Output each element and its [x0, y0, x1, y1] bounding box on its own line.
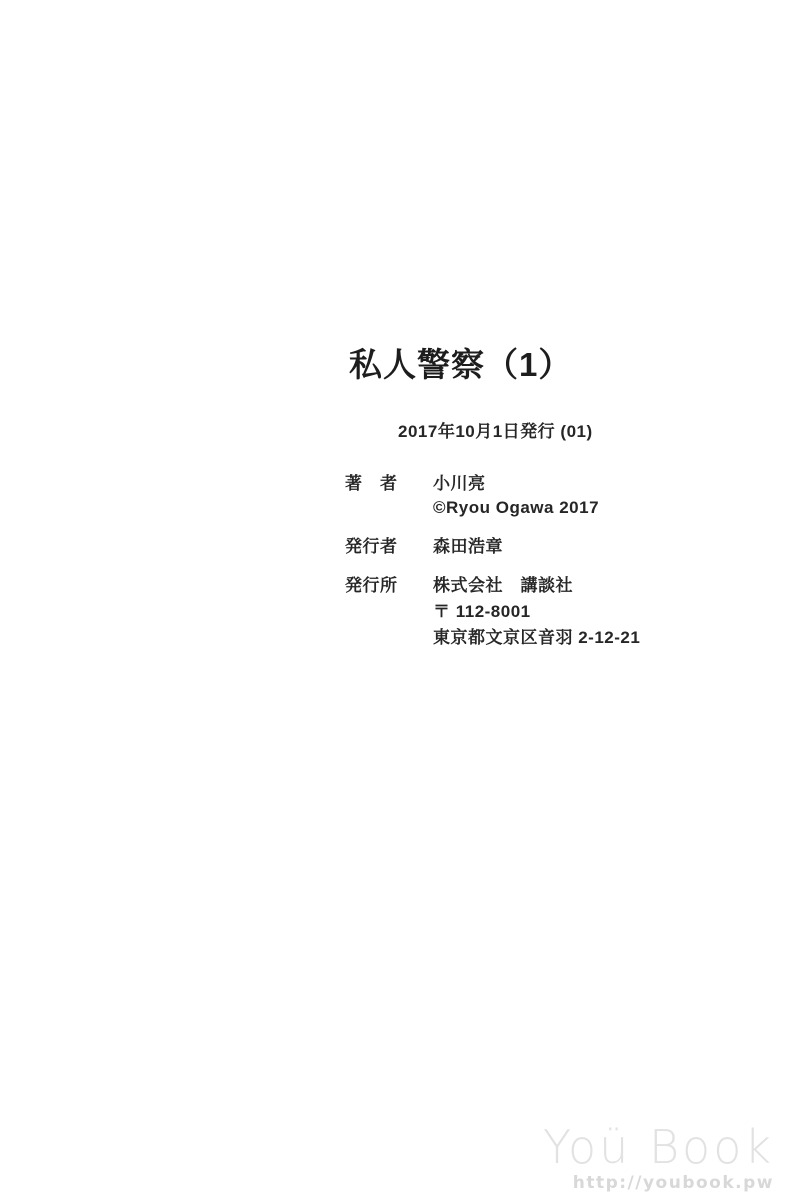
- colophon-row-postal-code: 〒 112-8001: [345, 597, 531, 622]
- book-title: 私人警察（1）: [349, 339, 572, 386]
- colophon-row-copyright: ©Ryou Ogawa 2017: [345, 498, 599, 518]
- row-label: 発行者: [345, 532, 433, 557]
- row-value: 東京都文京区音羽 2-12-21: [433, 623, 640, 648]
- colophon-page: 私人警察（1） 2017年10月1日発行 (01) 著 者小川亮 ©Ryou O…: [0, 0, 803, 1200]
- colophon-row-author: 著 者小川亮: [345, 469, 486, 494]
- issue-date: 2017年10月1日発行 (01): [398, 417, 593, 442]
- row-value: 森田浩章: [433, 532, 503, 557]
- colophon-row-publisher-person: 発行者森田浩章: [345, 532, 503, 557]
- colophon-row-address: 東京都文京区音羽 2-12-21: [345, 623, 640, 648]
- colophon-row-publishing-house: 発行所株式会社 講談社: [345, 571, 573, 596]
- youbook-logo: Yoü Book: [543, 1124, 774, 1170]
- row-value: 株式会社 講談社: [433, 571, 573, 596]
- row-value: 〒 112-8001: [433, 597, 531, 622]
- row-label: 著 者: [345, 469, 433, 494]
- row-value: 小川亮: [433, 469, 486, 494]
- youbook-url: http://youbook.pw: [543, 1173, 774, 1193]
- row-label: 発行所: [345, 571, 433, 596]
- row-value: ©Ryou Ogawa 2017: [433, 498, 599, 518]
- watermark: Yoü Book http://youbook.pw: [543, 1124, 774, 1193]
